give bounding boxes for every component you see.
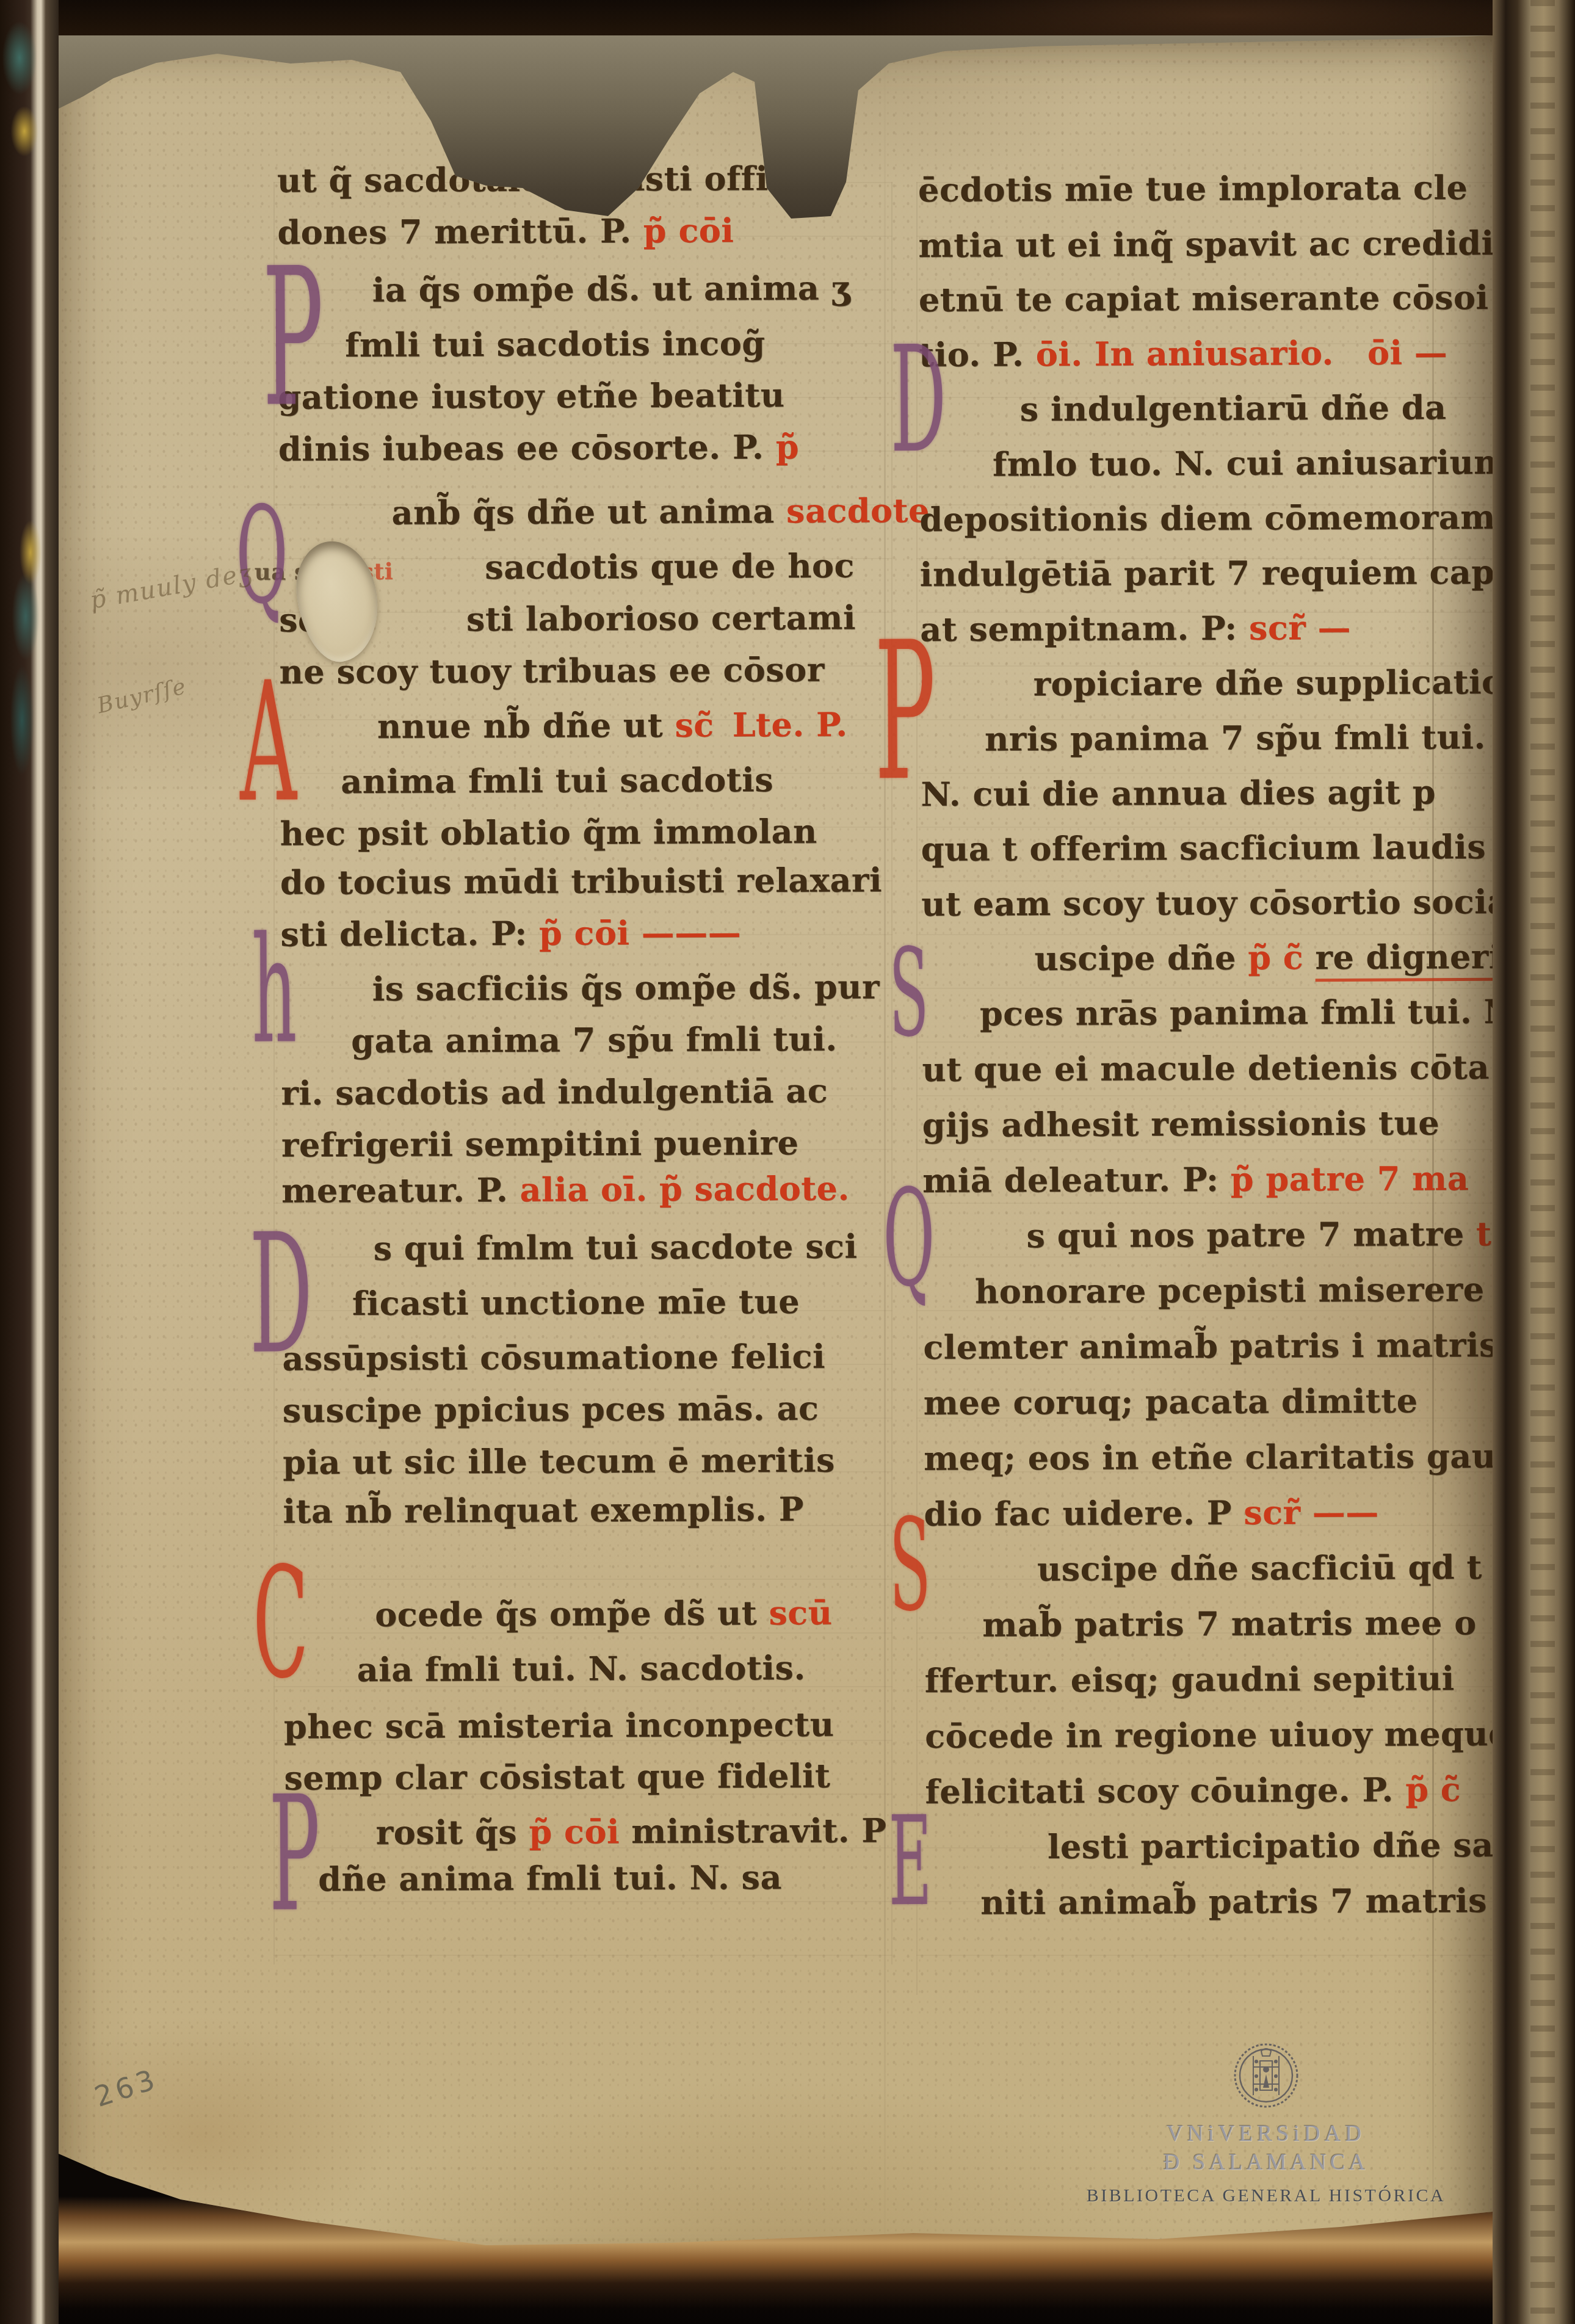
text-segment: ōi — (1367, 333, 1448, 372)
text-line: qua t offerim sacficium laudis (921, 827, 1486, 869)
text-segment: suscipe ppicius pces mās. ac (283, 1389, 819, 1430)
text-segment: miā deleatur. P: (922, 1160, 1219, 1200)
text-line: fmlo tuo. N. cui aniusarium (993, 443, 1509, 484)
illuminated-initial-P: P (262, 262, 324, 414)
text-segment: pia ut sic ille tecum ē meritis (283, 1441, 835, 1482)
text-segment: fmlo tuo. N. cui aniusarium (993, 443, 1509, 484)
text-line: meq; eos in etñe claritatis gau (924, 1436, 1496, 1478)
text-segment: s qui fmlm tui sacdote sci (373, 1226, 857, 1267)
text-line: niti animab̃ patris 7 matris (980, 1881, 1487, 1922)
text-segment: sacdote (786, 491, 930, 530)
text-line: anb̃ q̃s dñe ut anima sacdote (391, 491, 930, 532)
text-line: at sempitnam. P: scr̃ — (920, 608, 1351, 649)
text-segment: cōcede in regione uiuoy meque (925, 1714, 1510, 1756)
illuminated-initial-S: S (889, 1515, 931, 1617)
text-segment: nris panima 7 sp̃u fmli tui. (985, 717, 1486, 759)
text-line: miā deleatur. P: p̃ patre 7 ma (922, 1159, 1469, 1200)
text-segment: p̃ cōi (631, 211, 734, 250)
text-segment: ut eam scoy tuoy cōsortio socia (921, 882, 1509, 924)
manuscript-text: ut q̃ sacdotale donasti officiūdones 7 m… (54, 32, 1497, 2297)
text-line: ut eam scoy tuoy cōsortio socia (921, 882, 1509, 924)
text-segment: p̃ patre 7 ma (1218, 1159, 1469, 1199)
text-segment: felicitati scoy cōuinge. P. (925, 1770, 1394, 1811)
text-line: nris panima 7 sp̃u fmli tui. (985, 717, 1486, 759)
text-line: cōcede in regione uiuoy meque (925, 1714, 1510, 1756)
text-segment: p̃ (764, 427, 799, 466)
text-segment: ministravit. P (620, 1811, 887, 1851)
text-line: assūpsisti cōsumatione felici (282, 1337, 825, 1378)
text-segment: nnue nb̃ dñe ut (377, 706, 675, 746)
text-segment: ri. sacdotis ad indulgentiā ac (281, 1071, 828, 1113)
text-line: semp clar cōsistat que fidelit (284, 1756, 830, 1798)
illuminated-initial-D: D (890, 343, 946, 460)
text-line: ficasti unctione mīe tue (352, 1282, 800, 1323)
text-line: ia q̃s omp̃e ds̃. ut anima ʒ (372, 268, 850, 309)
parchment-page: ut q̃ sacdotale donasti officiūdones 7 m… (59, 35, 1493, 2294)
text-segment: ficasti unctione mīe tue (352, 1282, 800, 1323)
text-segment: uscipe dñe (1034, 938, 1248, 979)
text-segment: N. cui die annua dies agit p (921, 772, 1436, 814)
text-segment: ia q̃s omp̃e ds̃. ut anima ʒ (372, 268, 850, 309)
text-segment: hec psit oblatio q̃m immolan (280, 812, 817, 853)
text-line: hec psit oblatio q̃m immolan (280, 812, 817, 853)
text-segment: sti laborioso certami (466, 598, 856, 639)
text-line: gatione iustoy etñe beatitu (278, 375, 784, 417)
text-line: ocede q̃s omp̃e ds̃ ut scū (375, 1593, 832, 1634)
text-segment: niti animab̃ patris 7 matris (980, 1881, 1487, 1922)
illuminated-initial-E: E (889, 1812, 932, 1911)
text-segment: dones 7 merittū. P. (277, 211, 631, 252)
text-line: s indulgentiarū dñe da (1019, 388, 1446, 429)
text-segment: pces nrās panima fmli tui. N. (980, 992, 1524, 1033)
text-line: dio fac uidere. P scr̃ —— (924, 1493, 1379, 1533)
text-segment: ēcdotis mīe tue implorata cle (918, 168, 1468, 209)
text-segment: gata anima 7 sp̃u fmli tui. (351, 1019, 838, 1060)
text-segment: aia fmli tui. N. sacdotis. (357, 1648, 805, 1689)
text-line: pia ut sic ille tecum ē meritis (283, 1441, 835, 1482)
text-segment: mab̃ patris 7 matris mee o (982, 1603, 1477, 1645)
text-segment: ita nb̃ relinquat exemplis. P (283, 1490, 804, 1531)
text-segment: anb̃ q̃s dñe ut anima (391, 491, 786, 532)
text-line: clemter animab̃ patris i matris (923, 1325, 1498, 1367)
text-line: N. cui die annua dies agit p (921, 772, 1436, 814)
text-segment: assūpsisti cōsumatione felici (282, 1337, 825, 1378)
text-line: dinis iubeas ee cōsorte. P. p̃ (278, 427, 799, 469)
text-line: mtia ut ei inq̃ spavit ac credidit (918, 223, 1510, 265)
text-segment: dñe anima fmli tui. N. sa (318, 1858, 782, 1899)
text-segment: s indulgentiarū dñe da (1019, 388, 1446, 429)
text-line: fmli tui sacdotis incog̃ (345, 324, 766, 364)
text-line: indulgētiā parit 7 requiem capi (920, 552, 1508, 594)
text-segment: ut que ei macule detienis cōta (922, 1048, 1490, 1089)
text-segment: rosit q̃s (376, 1812, 529, 1852)
text-segment: ropiciare dñe supplicationib (1033, 662, 1564, 703)
text-segment: p̃ c̃ (1394, 1770, 1461, 1809)
text-line: refrigerii sempitini puenire (281, 1123, 799, 1165)
text-line: s qui nos patre 7 matre tre. (1026, 1214, 1542, 1256)
text-line: depositionis diem cōmemoram (919, 498, 1496, 539)
text-line: ropiciare dñe supplicationib (1033, 662, 1564, 703)
text-segment: p̃ cōi ——— (527, 913, 742, 953)
text-line: lesti participatio dñe sac (1048, 1825, 1514, 1866)
text-segment: sacdotis que de hoc (485, 546, 855, 587)
text-segment: gatione iustoy etñe beatitu (278, 375, 784, 417)
text-line: rosit q̃s p̃ cōi ministravit. P (376, 1811, 887, 1852)
text-segment: honorare pcepisti miserere (975, 1270, 1485, 1311)
text-segment: mtia ut ei inq̃ spavit ac credidit (918, 223, 1510, 265)
text-line: s qui fmlm tui sacdote sci (373, 1226, 857, 1267)
illuminated-initial-D: D (249, 1229, 313, 1361)
text-segment: phec scā misteria inconpectu (284, 1705, 835, 1747)
text-line: honorare pcepisti miserere (975, 1270, 1485, 1311)
text-segment: scr̃ — (1237, 608, 1351, 648)
manuscript-photo: ut q̃ sacdotale donasti officiūdones 7 m… (0, 0, 1575, 2324)
text-line: pces nrās panima fmli tui. N. (980, 992, 1524, 1033)
text-segment: s qui nos patre 7 matre (1026, 1214, 1476, 1255)
illuminated-initial-P: P (269, 1790, 320, 1917)
text-segment: mee coruq; pacata dimitte (924, 1381, 1418, 1422)
text-line: ut que ei macule detienis cōta (922, 1048, 1490, 1089)
illuminated-initial-C: C (253, 1563, 309, 1685)
text-segment: semp clar cōsistat que fidelit (284, 1756, 830, 1798)
text-line: gijs adhesit remissionis tue (922, 1103, 1440, 1145)
text-segment: dinis iubeas ee cōsorte. P. (278, 427, 764, 468)
text-segment: ocede q̃s omp̃e ds̃ ut (375, 1593, 769, 1634)
text-gap (393, 579, 485, 579)
illuminated-initial-Q: Q (883, 1186, 935, 1292)
text-segment: alia oī. p̃ sacdote. (508, 1168, 850, 1209)
text-line: aia fmli tui. N. sacdotis. (357, 1648, 805, 1689)
text-line: is sacficiis q̃s omp̃e ds̃. pur (372, 967, 880, 1008)
illuminated-initial-h: h (252, 933, 297, 1051)
text-segment: fmli tui sacdotis incog̃ (345, 324, 766, 364)
text-segment: gijs adhesit remissionis tue (922, 1103, 1440, 1145)
text-segment: clemter animab̃ patris i matris (923, 1325, 1498, 1367)
text-segment: scū (769, 1593, 832, 1632)
text-line: ri. sacdotis ad indulgentiā ac (281, 1071, 828, 1113)
binding-spine-left (0, 0, 59, 2324)
text-segment: ōi. In aniusario. (1024, 333, 1334, 374)
text-segment: ne scoy tuoy tribuas ee cōsor (279, 650, 824, 692)
illuminated-initial-S: S (889, 946, 929, 1043)
illuminated-initial-A: A (240, 677, 297, 809)
text-segment: scr̃ —— (1232, 1493, 1379, 1532)
text-line: tio. P. ōi. In aniusario.ōi — (919, 333, 1447, 374)
text-line: mereatur. P. alia oī. p̃ sacdote. (281, 1168, 850, 1210)
text-line: etnū te capiat miserante cōsoi (919, 278, 1489, 319)
text-line: do tocius mūdi tribuisti relaxari (280, 860, 882, 902)
text-line: gata anima 7 sp̃u fmli tui. (351, 1019, 838, 1060)
text-line: ffertur. eisq; gaudni sepitiui (925, 1659, 1455, 1700)
text-line: sti delicta. P: p̃ cōi ——— (280, 913, 741, 954)
text-segment: anima fmli tui sacdotis (341, 760, 773, 801)
text-line: anima fmli tui sacdotis (341, 760, 773, 801)
text-segment: p̃ c̃ (1248, 938, 1316, 977)
text-segment: refrigerii sempitini puenire (281, 1123, 799, 1165)
text-line: felicitati scoy cōuinge. P. p̃ c̃ (925, 1770, 1461, 1811)
text-segment: depositionis diem cōmemoram (919, 498, 1496, 539)
text-segment: do tocius mūdi tribuisti relaxari (280, 860, 882, 902)
text-segment: sc̃ (675, 705, 714, 744)
text-segment: etnū te capiat miserante cōsoi (919, 278, 1489, 319)
text-line: ēcdotis mīe tue implorata cle (918, 168, 1468, 209)
page-gutter-and-adjacent-page-edge (1493, 0, 1575, 2324)
text-line: dones 7 merittū. P. p̃ cōi (277, 211, 734, 252)
illuminated-initial-P: P (874, 636, 936, 789)
text-segment: mereatur. P. (281, 1170, 508, 1211)
text-segment: qua t offerim sacficium laudis (921, 827, 1486, 869)
text-line: dñe anima fmli tui. N. sa (318, 1858, 782, 1899)
text-segment: p̃ cōi (529, 1812, 620, 1852)
text-line: phec scā misteria inconpectu (284, 1705, 835, 1747)
text-segment: dio fac uidere. P (924, 1493, 1232, 1533)
text-segment: Lte. P. (732, 704, 847, 744)
text-segment: indulgētiā parit 7 requiem capi (920, 552, 1508, 594)
text-segment: lesti participatio dñe sac (1048, 1825, 1514, 1866)
text-line: mee coruq; pacata dimitte (924, 1381, 1418, 1422)
text-segment: is sacficiis q̃s omp̃e ds̃. pur (372, 967, 880, 1008)
text-line: ne scoy tuoy tribuas ee cōsor (279, 650, 824, 692)
text-segment: at sempitnam. P: (920, 609, 1237, 649)
text-line: nnue nb̃ dñe ut sc̃Lte. P. (377, 704, 848, 745)
text-segment: meq; eos in etñe claritatis gau (924, 1436, 1496, 1478)
illuminated-initial-Q: Q (236, 502, 288, 609)
text-line: suscipe ppicius pces mās. ac (283, 1389, 819, 1430)
text-segment: sti delicta. P: (280, 914, 527, 954)
text-line: ita nb̃ relinquat exemplis. P (283, 1490, 804, 1531)
text-segment: ffertur. eisq; gaudni sepitiui (925, 1659, 1455, 1700)
text-line: mab̃ patris 7 matris mee o (982, 1603, 1477, 1645)
